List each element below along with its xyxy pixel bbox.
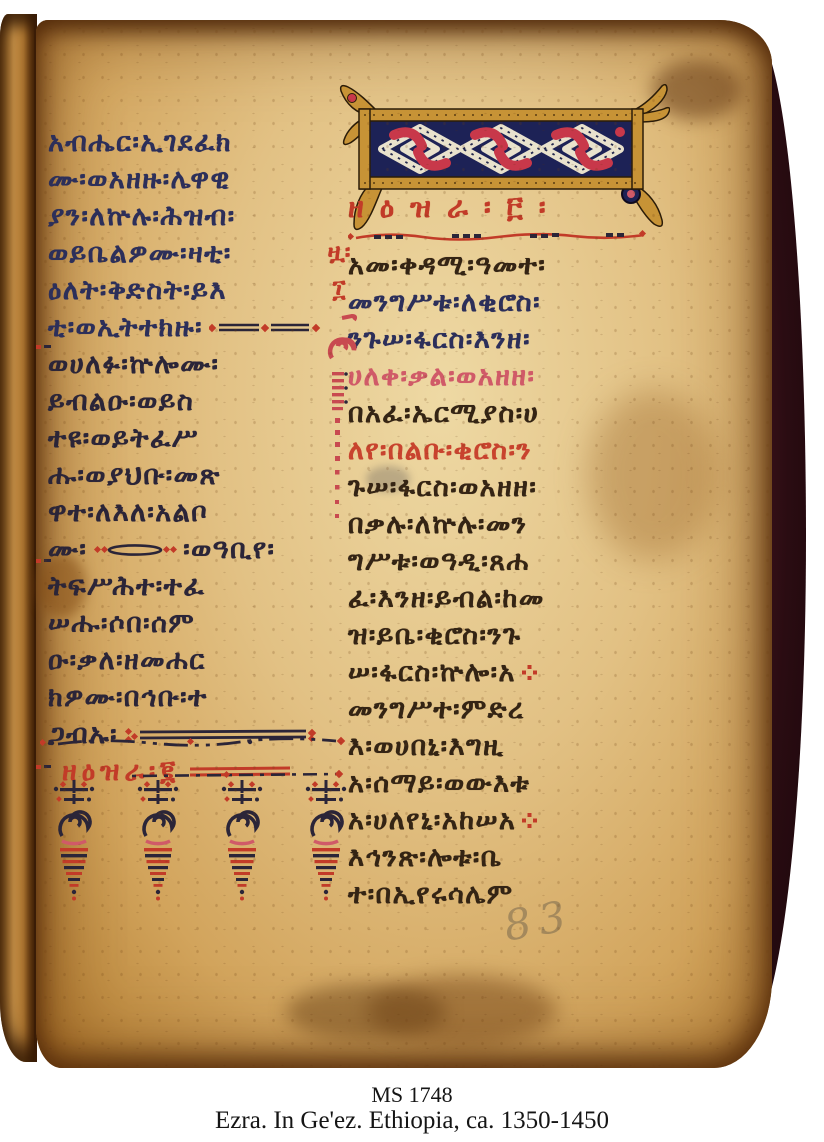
geez-text: ያን፡ለኵሉ፡ሕዝብ፡: [48, 201, 236, 233]
text-line: አብሔር፡ኢገደፈክ: [48, 124, 321, 161]
right-text-column: ዘዕዝራ፡፫፡ አመ፡ቀዳሚ፡ዓመተ፡ መንግሥቱ፡ለቂሮስ፡ ንጉሠ፡ፋርስ፡…: [348, 190, 648, 913]
geez-text: ክዎሙ፡በኅቡ፡ተ: [48, 682, 208, 714]
geez-text: በአፈ፡ኤርሚያስ፡ሀ: [348, 398, 539, 430]
geez-text: መንግሥቱ፡ለቂሮስ፡: [348, 287, 541, 319]
geez-text: ንጉሠ፡ፋርስ፡እንዘ፡: [348, 324, 531, 356]
text-line: ንጉሠ፡ፋርስ፡እንዘ፡: [348, 321, 648, 358]
text-line: ክዎሙ፡በኅቡ፡ተ: [48, 679, 321, 716]
geez-text: ወይቤልዎሙ፡ዛቲ፡: [48, 238, 232, 270]
geez-text: እ፡ወሀበኒ፡እግዚ: [348, 731, 504, 763]
geez-text: ዋተ፡ለእለ፡አልቦ: [48, 497, 208, 529]
geez-text: ዝ፡ይቤ፡ቂሮስ፡ንጉ: [348, 620, 521, 652]
text-line: ተ፡በኢየሩሳሌም: [348, 876, 648, 913]
text-line: እኅንጽ፡ሎቱ፡ቤ: [348, 839, 648, 876]
text-line: በቃሉ፡ለኵሉ፡መን: [348, 506, 648, 543]
geez-text: ጉሠ፡ፋርስ፡ወአዘዘ፡: [348, 472, 537, 504]
margin-mark: ዟ፡: [324, 238, 354, 275]
text-line: ፈ፡እንዘ፡ይብል፡ከመ: [348, 580, 648, 617]
geez-text: ሑ፡ወያህቡ፡መጽ: [48, 460, 221, 492]
dash-dot-divider-icon: [40, 736, 346, 750]
geez-text: አ፡ሀለየኒ፡አከሠአ: [348, 805, 516, 837]
text-line: ዝ፡ይቤ፡ቂሮስ፡ንጉ: [348, 617, 648, 654]
stain: [286, 984, 446, 1040]
text-line: ወይቤልዎሙ፡ዛቲ፡: [48, 235, 321, 272]
text-line: ሠሑ፡ሶበ፡ሰም: [48, 605, 321, 642]
left-text-column: አብሔር፡ኢገደፈክ ሙ፡ወአዘዙ፡ሌዋዊ ያን፡ለኵሉ፡ሕዝብ፡ ወይቤልዎሙ…: [48, 124, 321, 753]
geez-text: ይብልዑ፡ወይስ: [48, 386, 194, 418]
text-line: ቲ፡ወኢትተክዙ፡: [48, 309, 321, 346]
text-line: መንግሥተ፡ምድረ: [348, 691, 648, 728]
text-line: አ፡ሰማይ፡ወውእቱ: [348, 765, 648, 802]
geez-text: አመ፡ቀዳሚ፡ዓመተ፡: [348, 250, 546, 282]
geez-text: ግሥቱ፡ወዓዲ፡ጸሐ: [348, 546, 530, 578]
ornament-divider-row: [52, 778, 348, 902]
margin-tick-icon: [36, 556, 52, 566]
text-line: ግሥቱ፡ወዓዲ፡ጸሐ: [348, 543, 648, 580]
geez-text: ሙ፡: [48, 534, 87, 566]
spiral-tassel-mark-icon: [52, 778, 96, 902]
text-line: ተዩ፡ወይትፈሥ: [48, 420, 321, 457]
geez-text: ፡ወዓቢየ፡: [183, 534, 275, 566]
geez-text: ሙ፡ወአዘዙ፡ሌዋዊ: [48, 164, 231, 196]
text-line: ጉሠ፡ፋርስ፡ወአዘዘ፡: [348, 469, 648, 506]
text-line: አመ፡ቀዳሚ፡ዓመተ፡: [348, 247, 648, 284]
text-line: ለየ፡በልቡ፡ቂሮስ፡ን: [348, 432, 648, 469]
spiral-tassel-mark-icon: [304, 778, 348, 902]
margin-mark: ፲: [324, 275, 354, 312]
text-line: ሑ፡ወያህቡ፡መጽ: [48, 457, 321, 494]
dotted-vertical-filler-icon: [330, 372, 348, 522]
geez-text: ቲ፡ወኢትተክዙ፡: [48, 312, 203, 344]
geez-text: ፈ፡እንዘ፡ይብል፡ከመ: [348, 583, 545, 615]
margin-tick-icon: [36, 342, 52, 352]
text-line: ዑ፡ቃለ፡ዘመሐር: [48, 642, 321, 679]
caption: MS 1748 Ezra. In Ge'ez. Ethiopia, ca. 13…: [0, 1082, 824, 1136]
text-line: ይብልዑ፡ወይስ: [48, 383, 321, 420]
text-line: ወሀለፉ፡ኵሎሙ፡: [48, 346, 321, 383]
geez-text: አ፡ሰማይ፡ወውእቱ: [348, 768, 530, 800]
geez-text: መንግሥተ፡ምድረ: [348, 694, 525, 726]
text-line: አ፡ሀለየኒ፡አከሠአ: [348, 802, 648, 839]
binding-gutter: [0, 14, 37, 1062]
geez-text: ሀለቀ፡ቃል፡ወአዘዘ፡: [348, 361, 535, 393]
manuscript-photo: አብሔር፡ኢገደፈክ ሙ፡ወአዘዙ፡ሌዋዊ ያን፡ለኵሉ፡ሕዝብ፡ ወይቤልዎሙ…: [0, 0, 824, 1142]
geez-text: ተ፡በኢየሩሳሌም: [348, 879, 513, 911]
geez-text: ዕለት፡ቅድስት፡ይእ: [48, 275, 227, 307]
spiral-tassel-mark-icon: [136, 778, 180, 902]
text-line: ዋተ፡ለእለ፡አልቦ: [48, 494, 321, 531]
section-heading-text: ዘዕዝራ፡፫፡: [348, 190, 562, 224]
text-line: ያን፡ለኵሉ፡ሕዝብ፡: [48, 198, 321, 235]
text-line: ሠ፡ፋርስ፡ኵሎ፡አ: [348, 654, 648, 691]
pencil-folio-number: 83: [500, 890, 577, 950]
parchment-page: አብሔር፡ኢገደፈክ ሙ፡ወአዘዙ፡ሌዋዊ ያን፡ለኵሉ፡ሕዝብ፡ ወይቤልዎሙ…: [36, 20, 772, 1068]
stain: [366, 976, 556, 1046]
spiral-tassel-mark-icon: [220, 778, 264, 902]
intercolumn-margin-marks: ዟ፡ ፲: [324, 238, 354, 522]
text-line: ዕለት፡ቅድስት፡ይእ: [48, 272, 321, 309]
margin-tick-icon: [36, 762, 52, 772]
geez-text: ለየ፡በልቡ፡ቂሮስ፡ን: [348, 435, 532, 467]
geez-text: አብሔር፡ኢገደፈክ: [48, 127, 232, 159]
geez-text: ወሀለፉ፡ኵሎሙ፡: [48, 349, 219, 381]
red-spiral-mark-icon: [324, 314, 358, 370]
caption-ms-number: MS 1748: [0, 1082, 824, 1107]
text-line: ሀለቀ፡ቃል፡ወአዘዘ፡: [348, 358, 648, 395]
text-line: ትፍሥሕተ፡ተፈ: [48, 568, 321, 605]
text-line: ሙ፡ ፡ወዓቢየ፡: [48, 531, 321, 568]
geez-text: በቃሉ፡ለኵሉ፡መን: [348, 509, 527, 541]
text-line: እ፡ወሀበኒ፡እግዚ: [348, 728, 648, 765]
caption-description: Ezra. In Ge'ez. Ethiopia, ca. 1350-1450: [0, 1107, 824, 1136]
text-line: በአፈ፡ኤርሚያስ፡ሀ: [348, 395, 648, 432]
line-filler-icon: [209, 321, 321, 335]
red-wavy-leader-icon: [348, 229, 648, 245]
lens-filler-icon: [93, 542, 177, 558]
section-heading-right: ዘዕዝራ፡፫፡: [348, 190, 648, 225]
geez-text: ሠሑ፡ሶበ፡ሰም: [48, 608, 195, 640]
geez-text: ሠ፡ፋርስ፡ኵሎ፡አ: [348, 657, 516, 689]
geez-text: ትፍሥሕተ፡ተፈ: [48, 571, 205, 603]
geez-text: እኅንጽ፡ሎቱ፡ቤ: [348, 842, 503, 874]
geez-text: ዑ፡ቃለ፡ዘመሐር: [48, 645, 206, 677]
text-line: መንግሥቱ፡ለቂሮስ፡: [348, 284, 648, 321]
text-line: ሙ፡ወአዘዙ፡ሌዋዊ: [48, 161, 321, 198]
red-cross-dots-icon: [522, 665, 537, 680]
geez-text: ተዩ፡ወይትፈሥ: [48, 423, 199, 455]
red-cross-dots-icon: [522, 813, 537, 828]
